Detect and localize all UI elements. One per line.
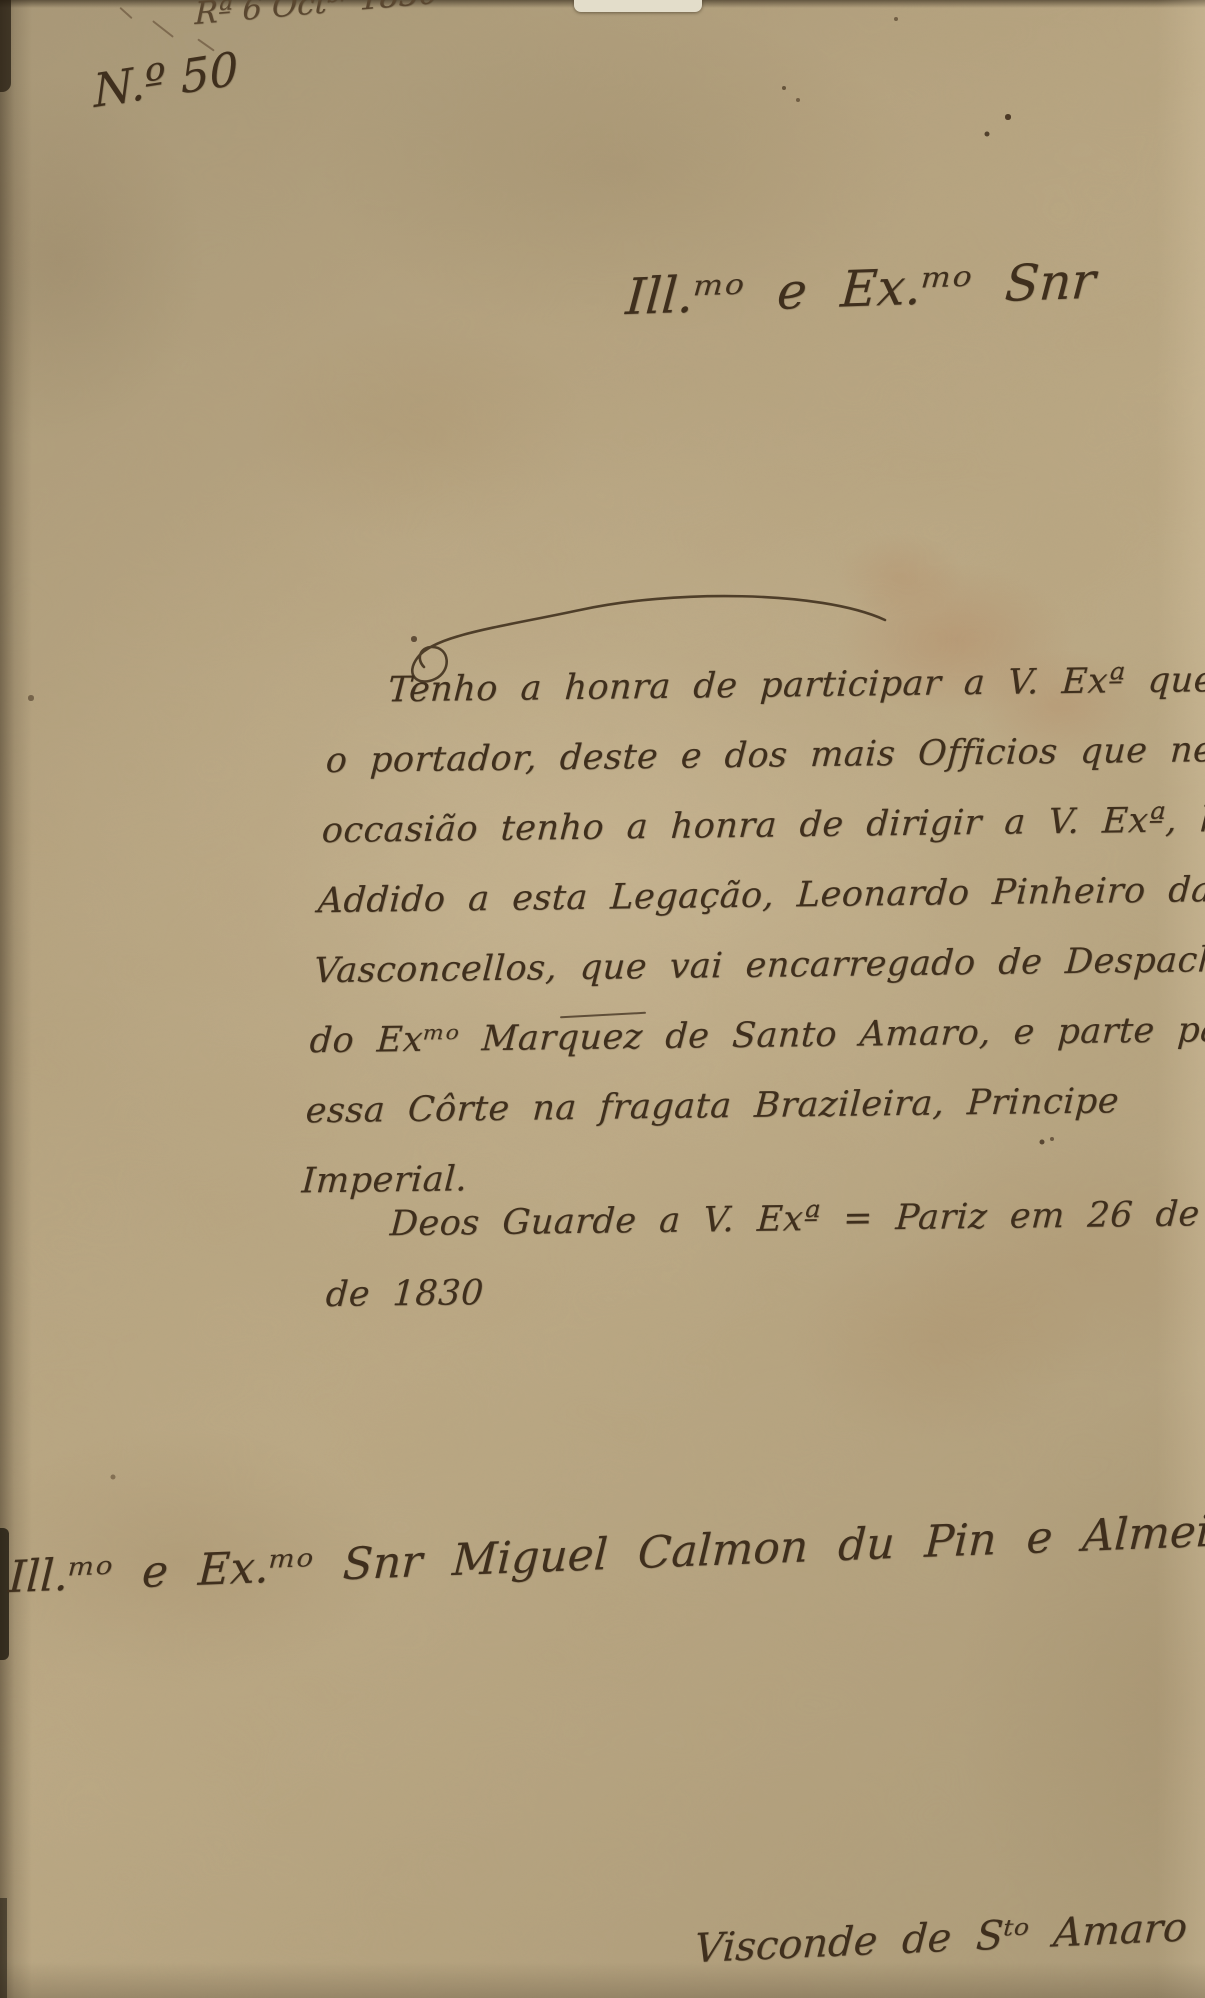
ink-specks	[0, 0, 2, 2]
addressee-line: Ill.ᵐᵒ e Ex.ᵐᵒ Snr Miguel Calmon du Pin …	[7, 1504, 1205, 1603]
pen-scratch-mark	[119, 7, 132, 19]
body-line: do Exᵐᵒ Marquez de Santo Amaro, e parte …	[308, 995, 1202, 1076]
salutation: Ill.ᵐᵒ e Ex.ᵐᵒ Snr	[624, 252, 1097, 327]
letter-body: Tenho a honra de participar a V. Exª que…	[300, 645, 1205, 1216]
body-line: occasião tenho a honra de dirigir a V. E…	[320, 785, 1205, 866]
body-line: Addido a esta Legação, Leonardo Pinheiro…	[316, 855, 1205, 936]
bottom-edge-shadow	[0, 1962, 1205, 1998]
body-line: o portador, deste e dos mais Officios qu…	[324, 715, 1205, 796]
binding-gutter-shadow	[0, 0, 32, 1998]
received-date-note: Rª 6 Octᵇʳ 1830	[194, 0, 438, 32]
body-line: Vasconcellos, que vai encarregado de Des…	[312, 925, 1205, 1006]
pen-scratch-mark	[152, 20, 174, 38]
closing-line: de 1830	[324, 1249, 1205, 1330]
closing-line: Deos Guarde a V. Exª = Pariz em 26 de Ju…	[328, 1179, 1205, 1260]
body-line: essa Côrte na fragata Brazileira, Princi…	[304, 1065, 1198, 1146]
manuscript-page: Rª 6 Octᵇʳ 1830 N.º 50 Ill.ᵐᵒ e Ex.ᵐᵒ Sn…	[0, 0, 1205, 1998]
document-number: N.º 50	[92, 41, 240, 118]
body-line: Tenho a honra de participar a V. Exª que	[328, 645, 1205, 726]
paper-tab	[574, 0, 702, 12]
letter-closing: Deos Guarde a V. Exª = Pariz em 26 de Ju…	[324, 1179, 1205, 1330]
page-edge-notch-top	[0, 0, 11, 92]
